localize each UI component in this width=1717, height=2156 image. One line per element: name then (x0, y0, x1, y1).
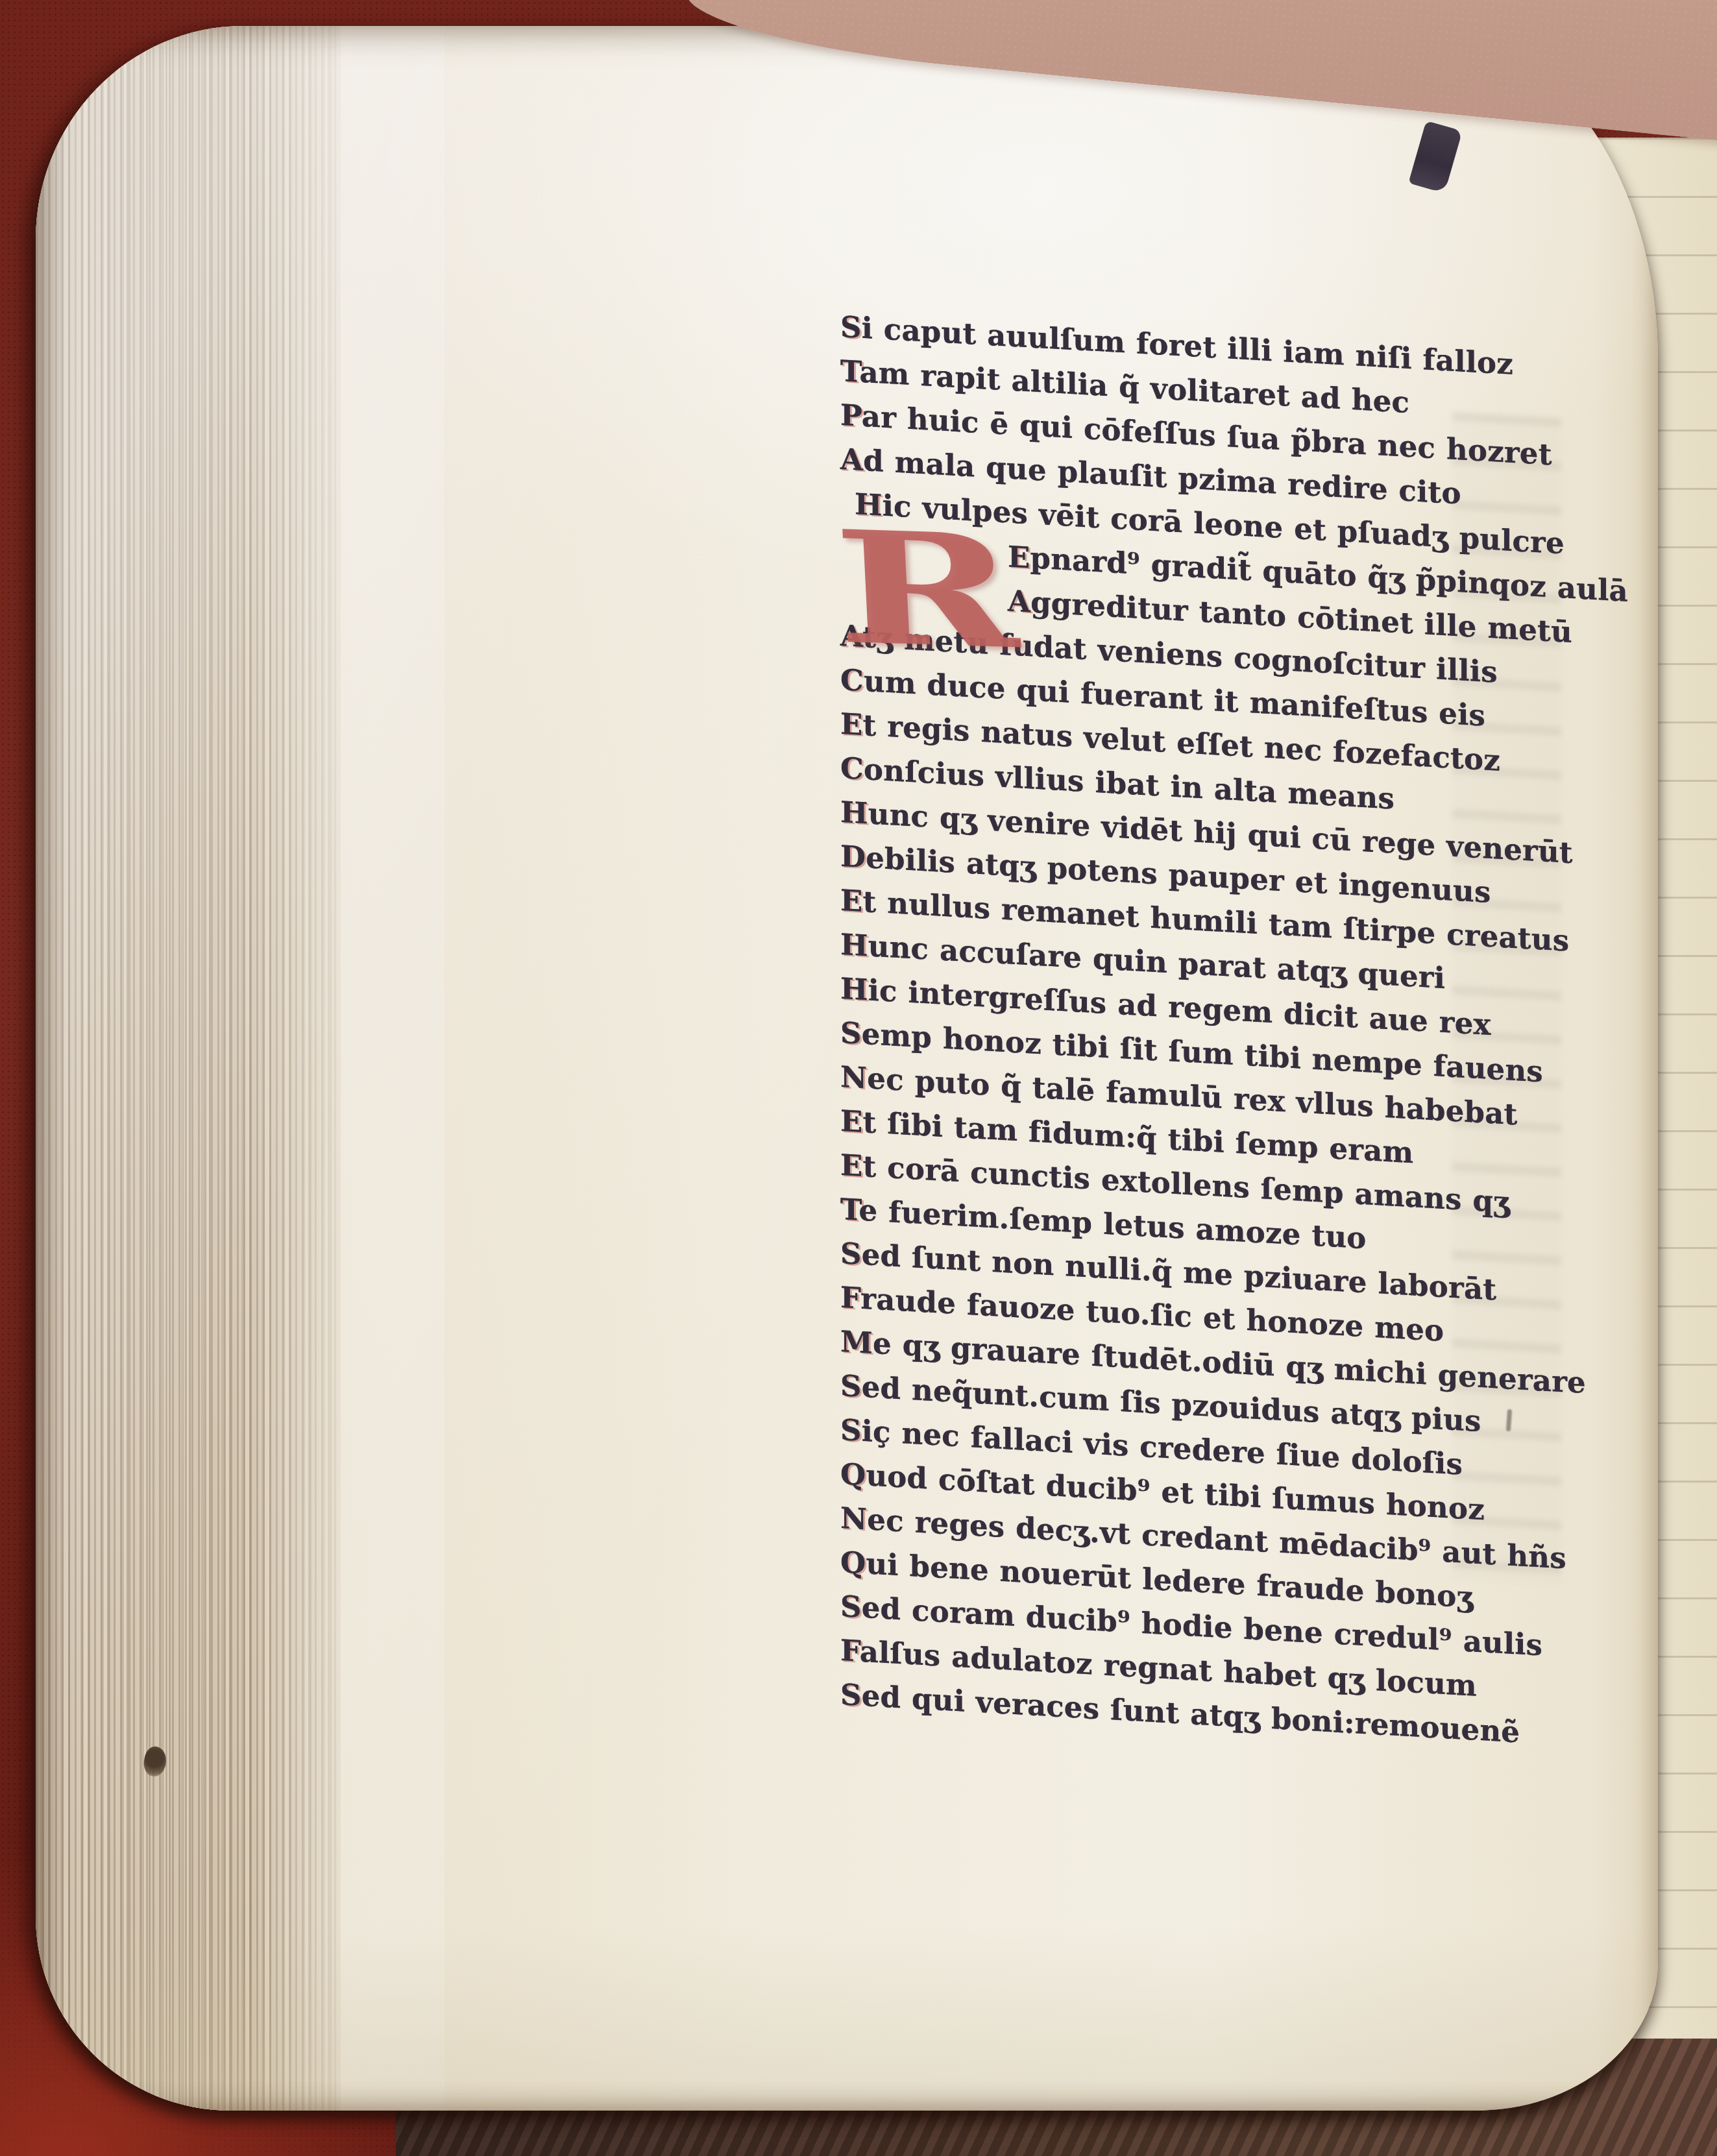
photo-background: R Si caput auulſum foret illi iam niſi f… (0, 0, 1717, 2156)
text-block: R Si caput auulſum foret illi iam niſi f… (840, 305, 1587, 1758)
rubricated-initial: R (831, 511, 1021, 671)
